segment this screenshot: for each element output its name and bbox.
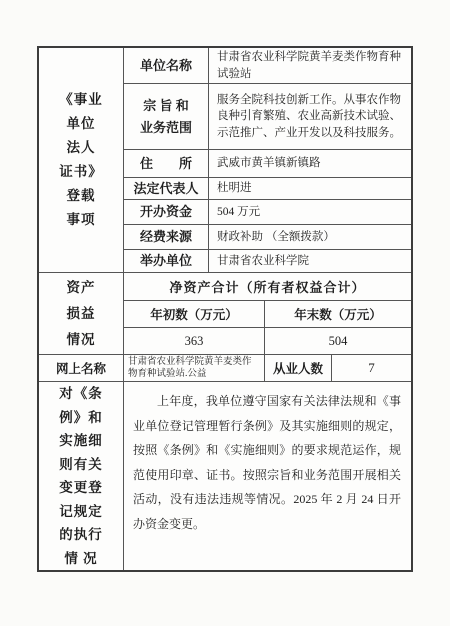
section-assets: 资产 损益 情况 净资产合计（所有者权益合计） 年初数（万元） 年末数（万元） … [39,273,411,355]
section-certificate-items: 《事业 单位 法人 证书》 登载 事项 单位名称 甘肃省农业科学院黄羊麦类作物育… [39,48,411,273]
online-name-value: 甘肃省农业科学院黄羊麦类作物育种试验站.公益 [124,355,265,381]
table-row-funding-source: 经费来源 财政补助 （全额拨款） [124,225,411,250]
year-start-value: 363 [124,328,265,354]
mission-scope-label: 宗 旨 和 业务范围 [124,84,209,149]
address-label: 住 所 [124,150,209,177]
sponsor-unit-label: 举办单位 [124,250,209,272]
table-row-mission-scope: 宗 旨 和 业务范围 服务全院科技创新工作。从事农作物良种引育繁殖、农业高新技术… [124,84,411,150]
registration-report-table: 《事业 单位 法人 证书》 登载 事项 单位名称 甘肃省农业科学院黄羊麦类作物育… [37,46,413,572]
section-compliance: 对《条 例》和 实施细 则有关 变更登 记规定 的执行 情 况 上年度，我单位遵… [39,382,411,570]
section1-side-label: 《事业 单位 法人 证书》 登载 事项 [39,48,124,272]
funding-source-label: 经费来源 [124,225,209,249]
unit-name-label: 单位名称 [124,48,209,83]
sponsor-unit-value: 甘肃省农业科学院 [209,250,411,272]
section-online-name: 网上名称 甘肃省农业科学院黄羊麦类作物育种试验站.公益 从业人数 7 [39,355,411,382]
section1-rows: 单位名称 甘肃省农业科学院黄羊麦类作物育种试验站 宗 旨 和 业务范围 服务全院… [124,48,411,272]
year-end-header: 年末数（万元） [265,301,411,327]
assets-column-headers: 年初数（万元） 年末数（万元） [124,301,411,328]
table-row-address: 住 所 武威市黄羊镇新镇路 [124,150,411,178]
table-row-legal-representative: 法定代表人 杜明进 [124,178,411,200]
table-row-unit-name: 单位名称 甘肃省农业科学院黄羊麦类作物育种试验站 [124,48,411,84]
opening-capital-label: 开办资金 [124,200,209,224]
section2-side-label: 资产 损益 情况 [39,273,124,354]
compliance-statement: 上年度，我单位遵守国家有关法律法规和《事业单位登记管理暂行条例》及其实施细则的规… [124,382,411,570]
address-value: 武威市黄羊镇新镇路 [209,150,411,177]
table-row-sponsor-unit: 举办单位 甘肃省农业科学院 [124,250,411,272]
table-row-opening-capital: 开办资金 504 万元 [124,200,411,225]
net-assets-header: 净资产合计（所有者权益合计） [124,273,411,301]
opening-capital-value: 504 万元 [209,200,411,224]
legal-representative-label: 法定代表人 [124,178,209,199]
legal-representative-value: 杜明进 [209,178,411,199]
staff-count-label: 从业人数 [265,355,332,381]
year-end-value: 504 [265,328,411,354]
online-name-label: 网上名称 [39,355,124,381]
section2-grid: 净资产合计（所有者权益合计） 年初数（万元） 年末数（万元） 363 504 [124,273,411,354]
assets-values: 363 504 [124,328,411,354]
unit-name-value: 甘肃省农业科学院黄羊麦类作物育种试验站 [209,48,411,83]
section4-side-label: 对《条 例》和 实施细 则有关 变更登 记规定 的执行 情 况 [39,382,124,570]
year-start-header: 年初数（万元） [124,301,265,327]
staff-count-value: 7 [332,355,411,381]
funding-source-value: 财政补助 （全额拨款） [209,225,411,249]
mission-scope-value: 服务全院科技创新工作。从事农作物良种引育繁殖、农业高新技术试验、示范推广、产业开… [209,84,411,149]
